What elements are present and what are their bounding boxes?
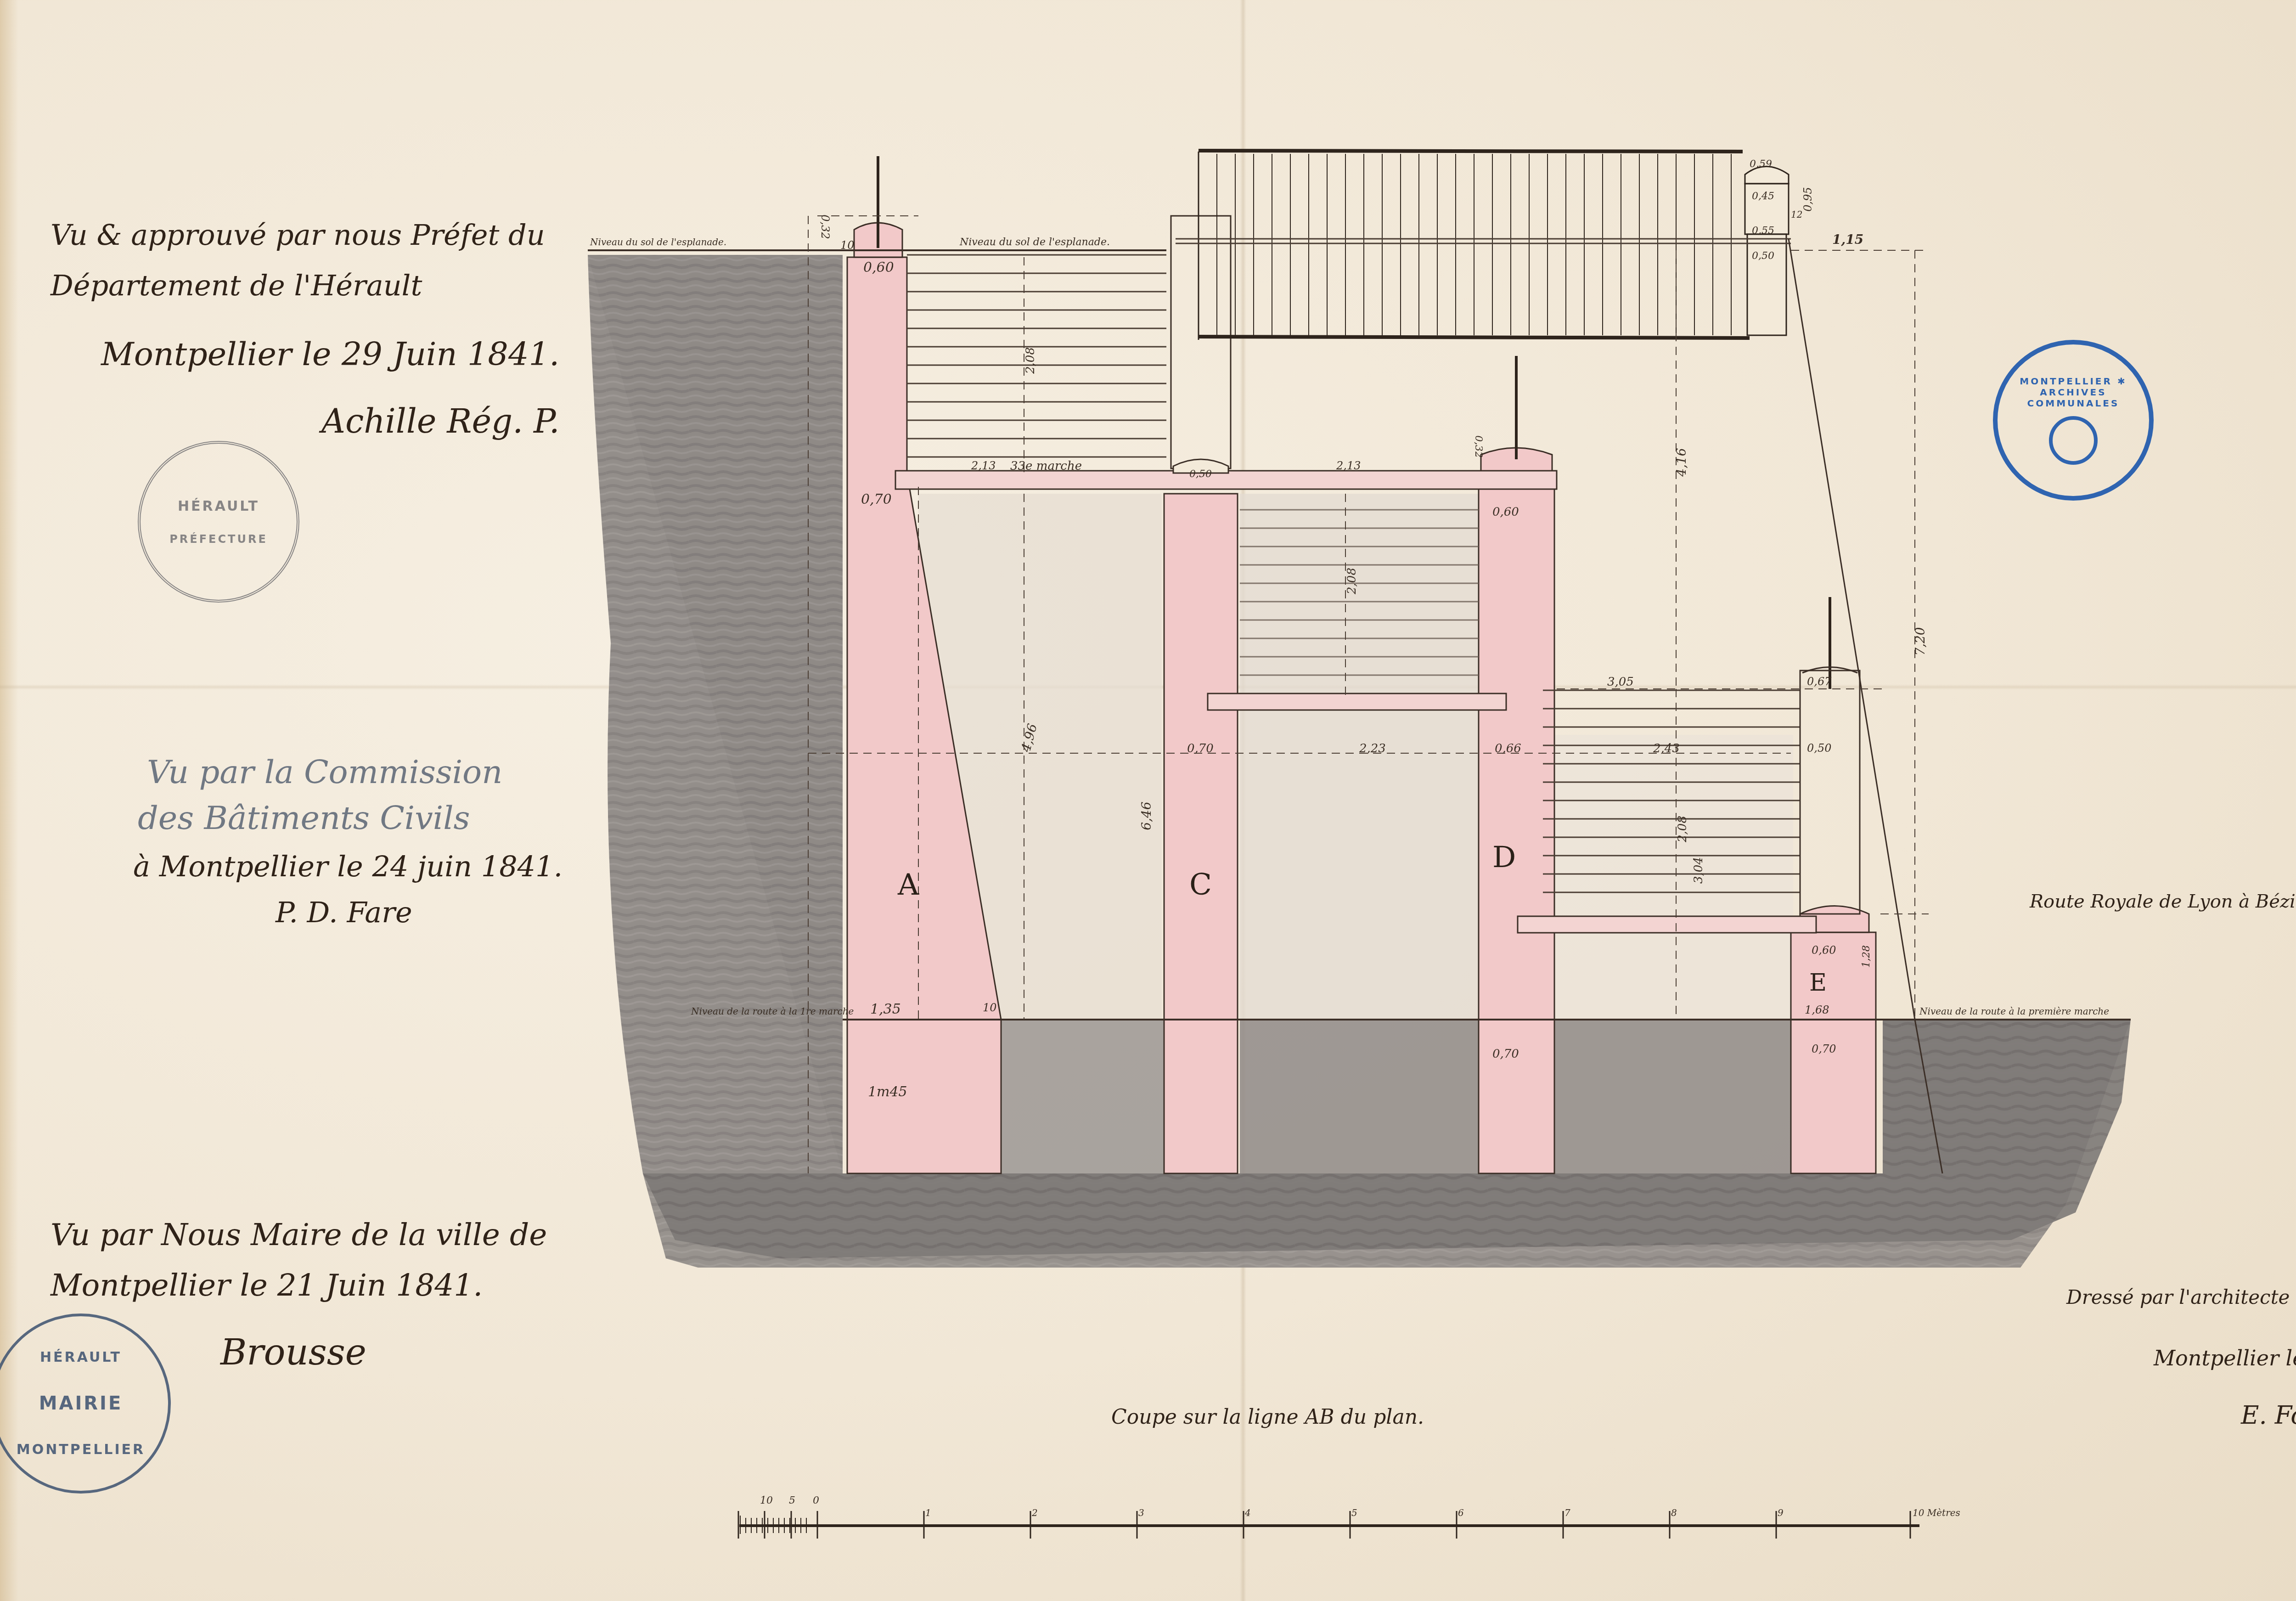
scale-label-4: 4 [1245,1507,1251,1518]
mairie-stamp-center: MAIRIE [17,1393,145,1414]
pier-label-e: E [1809,969,1827,997]
dim-pier-a-cap: 0,32 [819,214,832,239]
archives-stamp-text: MONTPELLIER ✱ ARCHIVES COMMUNALES [2009,376,2138,409]
center-post [1171,216,1231,468]
dim-height-c: 6,46 [1139,801,1154,830]
dim-pier-d-footing: 0,70 [1492,1047,1519,1061]
dim-landing-left: 2,13 [971,459,996,472]
dim-pier-e-base: 1,68 [1805,1003,1829,1016]
commission-signature: P. D. Fare [276,896,412,929]
scale-label-6: 6 [1458,1507,1464,1518]
architect-signature: E. Fovis [2241,1401,2296,1430]
dim-height-total-right: 7,20 [1913,627,1928,655]
dim-top-right: 1,15 [1832,232,1863,247]
dim-pier-e-footing: 0,70 [1812,1043,1836,1055]
architect-line1: Dressé par l'architecte de la ville sous… [2066,1286,2296,1308]
prefect-signature: Achille Rég. P. [321,402,560,440]
prefect-approval-date: Montpellier le 29 Juin 1841. [101,335,559,373]
dim-pier-e-mid: 0,60 [1812,944,1836,957]
scale-sub-0: 0 [813,1495,819,1506]
architect-date: Montpellier le 15 Mai 1841. [2154,1346,2296,1370]
dim-height-right-mid: 4,16 [1674,448,1689,476]
dim-pier-a-footing: 1m45 [868,1084,907,1100]
dim-pier-a-top: 0,60 [863,259,894,276]
pier-D [1479,448,1554,1173]
archives-stamp: MONTPELLIER ✱ ARCHIVES COMMUNALES [1993,340,2154,501]
dim-post-width: 0,50 [1189,468,1212,480]
dim-stair-middle: 2,08 [1345,568,1359,594]
railing-balusters [1217,154,1731,335]
dim-stair-lower: 2,08 [1676,816,1689,842]
dim-pier-c-width: 0,70 [1187,742,1214,755]
scale-sub-5: 5 [789,1495,795,1506]
prefect-approval-line1: Vu & approuvé par nous Préfet du [51,218,545,252]
pier-label-c: C [1189,868,1212,902]
road-label: Route Royale de Lyon à Béziers. [2030,891,2296,912]
mid-landing-slab [1208,693,1506,710]
prefecture-stamp-text: HÉRAULT [169,498,268,514]
dim-railing-post-foot: 0,50 [1752,250,1774,262]
scale-label-8: 8 [1671,1507,1677,1518]
dim-pier-e-top: 0,50 [1807,742,1831,755]
dim-pier-a-mid: 0,70 [861,491,892,507]
dim-landing-d-span: 2,43 [1653,742,1680,755]
commission-approval-line2: des Bâtiments Civils [138,799,470,837]
lower-landing-slab [1518,916,1816,933]
pier-label-a: A [898,868,919,902]
dim-landing-right: 2,13 [1336,459,1361,472]
dim-railing-post-mid: 0,45 [1752,191,1774,202]
scale-label-3: 3 [1138,1507,1144,1518]
pier-C [1164,494,1238,1173]
scale-label-1: 1 [925,1507,931,1518]
dim-pier-a-base: 1,35 [870,1001,901,1017]
dim-stair-upper: 2,08 [1024,347,1037,374]
dim-span-cd: 2,23 [1359,742,1386,755]
drawing-caption: Coupe sur la ligne AB du plan. [1111,1405,1424,1429]
mayor-approval-date: Montpellier le 21 Juin 1841. [51,1268,483,1303]
scale-label-7: 7 [1564,1507,1570,1518]
archives-emblem-icon [2049,416,2098,465]
dim-pier-d-top: 0,60 [1492,505,1519,519]
step-33-label: 33e marche [1010,459,1082,473]
dim-pier-d-width: 0,66 [1495,742,1521,755]
esplanade-level-left: Niveau du sol de l'esplanade. [590,237,726,248]
pier-label-d: D [1492,840,1516,874]
dim-railing-height: 0,95 [1801,187,1814,211]
scale-bar [738,1511,1919,1539]
prefecture-stamp-inner: PRÉFECTURE [169,533,268,546]
dim-pier-d-cap: 0,32 [1473,435,1484,458]
mayor-approval-line1: Vu par Nous Maire de la ville de [51,1217,547,1252]
dim-landing-e-post: 0,67 [1807,675,1831,688]
dim-landing-e-width: 3,05 [1607,675,1634,689]
scale-label-2: 2 [1032,1507,1038,1518]
scale-label-5: 5 [1351,1507,1357,1518]
scale-end-label: 10 Mètres [1913,1507,1960,1518]
prefecture-stamp: HÉRAULT PRÉFECTURE [138,441,299,603]
prefect-approval-line2: Département de l'Hérault [51,269,422,302]
dim-railing-offset: 12 [1791,209,1802,220]
scale-sub-10: 10 [760,1495,773,1506]
commission-approval-line1: Vu par la Commission [147,753,502,791]
dim-stair-total: 3,04 [1692,857,1705,884]
dim-pier-a-cap-offset: 10 [840,239,855,252]
dim-railing-post-top: 0,59 [1750,158,1772,170]
mairie-stamp-top: HÉRAULT [17,1349,145,1365]
esplanade-level-mid: Niveau du sol de l'esplanade. [960,237,1110,248]
dim-railing-post-base: 0,55 [1752,225,1774,237]
dim-pier-a-offset: 10 [983,1001,997,1014]
road-level-right: Niveau de la route à la première marche [1919,1006,2109,1017]
mayor-signature: Brousse [220,1332,366,1373]
mairie-stamp-bottom: MONTPELLIER [17,1442,145,1458]
commission-approval-date: à Montpellier le 24 juin 1841. [133,850,563,883]
dim-pier-e-height: 1,28 [1861,945,1872,968]
road-level-first-step: Niveau de la route à la 1re marche [691,1006,854,1017]
scale-label-9: 9 [1778,1507,1784,1518]
